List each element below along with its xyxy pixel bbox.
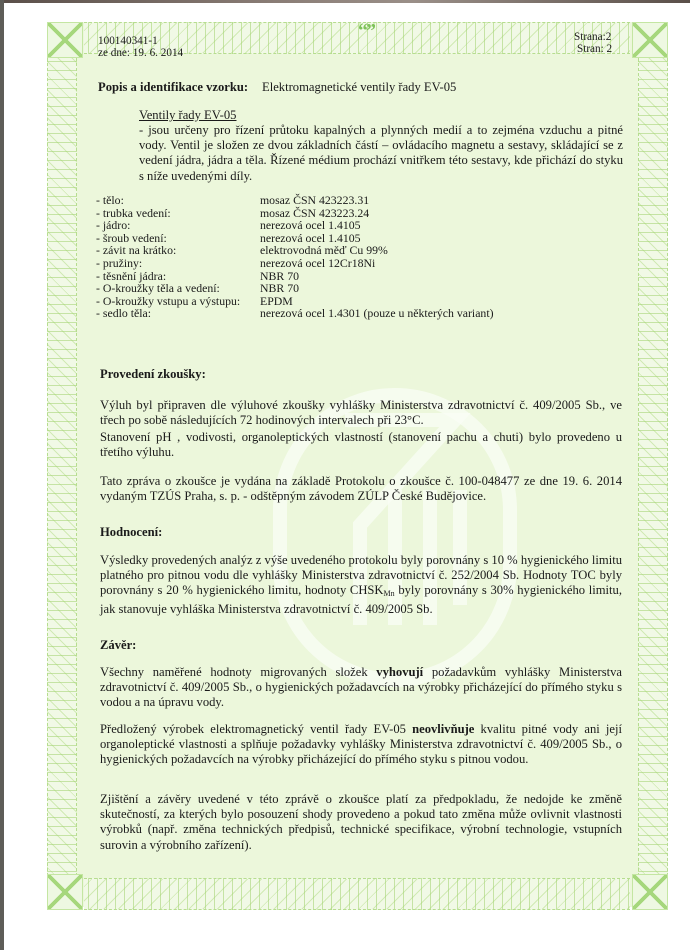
sample-heading: Popis a identifikace vzorku:: [98, 80, 248, 95]
evaluation-paragraph: Výsledky provedených analýz z výše uvede…: [100, 553, 622, 617]
spec-label: - jádro:: [96, 219, 130, 232]
spec-label: - tělo:: [96, 194, 124, 207]
test-paragraph-3: Tato zpráva o zkoušce je vydána na zákla…: [100, 474, 622, 504]
test-heading: Provedení zkoušky:: [100, 367, 206, 382]
spec-value: nerezová ocel 1.4301 (pouze u některých …: [260, 307, 494, 320]
report-number: 100140341-1: [98, 35, 158, 48]
conclusion-paragraph-3: Zjištění a závěry uvedené v této zprávě …: [100, 792, 622, 853]
conclusion-paragraph-1: Všechny naměřené hodnoty migrovaných slo…: [100, 665, 622, 711]
test-paragraph-2: Stanovení pH , vodivosti, organoleptický…: [100, 430, 622, 460]
conclusion-verdict-complies: vyhovují: [376, 665, 423, 679]
evaluation-heading: Hodnocení:: [100, 525, 162, 540]
spec-value: nerezová ocel 12Cr18Ni: [260, 257, 375, 270]
test-paragraph-1: Výluh byl připraven dle výluhové zkoušky…: [100, 398, 622, 428]
spec-value: nerezová ocel 1.4105: [260, 219, 361, 232]
sample-subtitle: Ventily řady EV-05: [139, 108, 236, 123]
sample-description: - jsou určeny pro řízení průtoku kapalný…: [139, 123, 623, 184]
spec-value: mosaz ČSN 423223.31: [260, 194, 369, 207]
spec-label: - pružiny:: [96, 257, 142, 270]
conclusion-heading: Závěr:: [100, 638, 136, 653]
conclusion-paragraph-2: Předložený výrobek elektromagnetický ven…: [100, 722, 622, 768]
page-number: Strana:2: [574, 31, 611, 44]
spec-label: - O-kroužky těla a vedení:: [96, 282, 220, 295]
conclusion-text: Všechny naměřené hodnoty migrovaných slo…: [100, 665, 376, 679]
conclusion-verdict-no-effect: neovlivňuje: [412, 722, 474, 736]
sample-name: Elektromagnetické ventily řady EV-05: [262, 80, 456, 95]
page-count: Stran: 2: [577, 43, 612, 56]
spec-label: - sedlo těla:: [96, 307, 151, 320]
report-content: 100140341-1 ze dne: 19. 6. 2014 Strana:2…: [0, 0, 690, 950]
spec-value: NBR 70: [260, 282, 299, 295]
chsk-subscript: Mn: [384, 589, 395, 598]
report-date: ze dne: 19. 6. 2014: [98, 47, 183, 60]
conclusion-text: Předložený výrobek elektromagnetický ven…: [100, 722, 412, 736]
